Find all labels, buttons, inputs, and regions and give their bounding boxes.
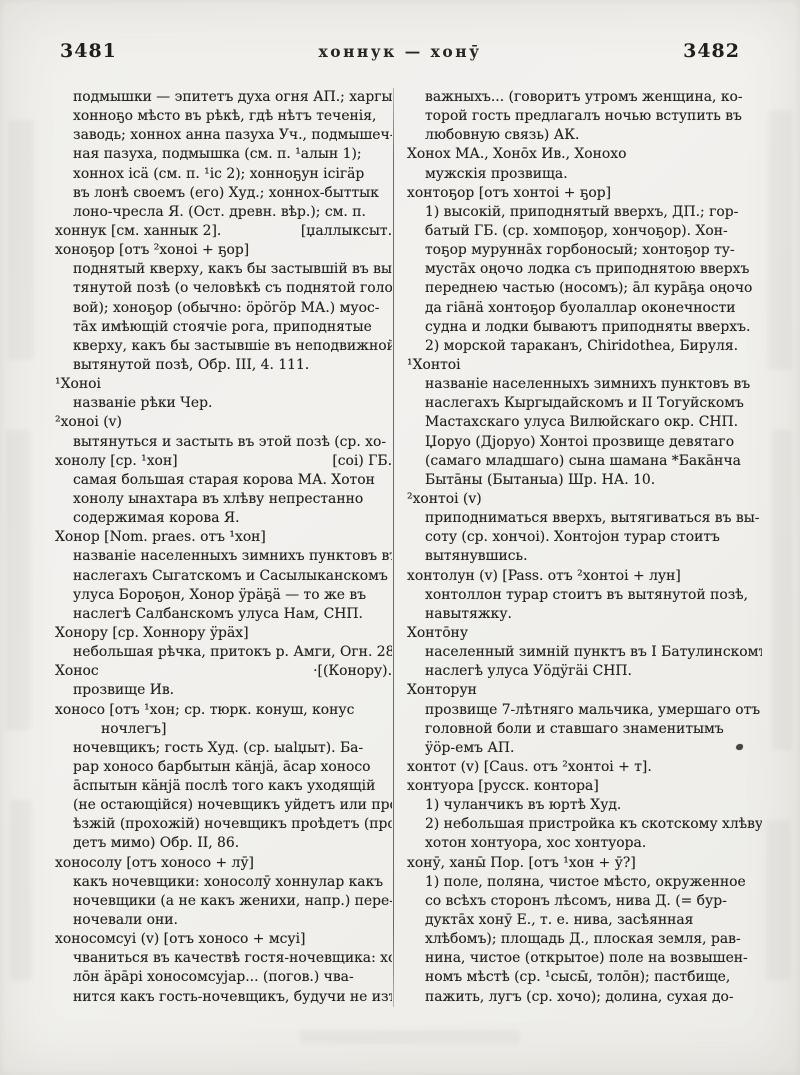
text-columns: подмышки — эпитетъ духа огня АП.; харгых… <box>55 88 762 1007</box>
text-line: батый ГБ. (ср. хомпоҕор, хончоҕор). Хон- <box>407 222 762 241</box>
text-line: названiе населенныхъ зимнихъ пунктовъ въ <box>407 375 762 394</box>
text-line: нится какъ гость-ночевщикъ, будучи не из… <box>55 988 392 1007</box>
text-line: Хонор [Nom. praes. отъ ¹хон] <box>55 528 392 547</box>
text-line: мустāх оңочо лодка съ приподнятою вверхъ <box>407 260 762 279</box>
text-line: мужскiя прозвища. <box>407 165 762 184</box>
text-line: Хонох МА., Хонōх Ив., Хонохо <box>407 145 762 164</box>
text-line: названiе населенныхъ зимнихъ пунктовъ въ <box>55 547 392 566</box>
text-line: наслегѣ Салбанскомъ улуса Нам, СНП. <box>55 605 392 624</box>
text-line: вой); хоноҕор (обычно: öрöгöр МА.) муос- <box>55 299 392 318</box>
text-line: хонтот (v) [Caus. отъ ²хонтоi + т]. <box>407 758 762 777</box>
text-line: хоноҕор [отъ ²хоноi + ҕор] <box>55 241 392 260</box>
text-line: прозвище 7-лѣтняго мальчика, умершаго от… <box>407 701 762 720</box>
text-line: ӱöр-емъ АП. <box>407 739 762 758</box>
text-line: со всѣхъ сторонъ лѣсомъ, нива Д. (= бур- <box>407 892 762 911</box>
text-line: хонӯ, ханы̄ Пор. [отъ ¹хон + ӯ?] <box>407 854 762 873</box>
text-line: соту (ср. хончоi). Хонтоjон турар стоитъ <box>407 528 762 547</box>
text-line: 1) чуланчикъ въ юртѣ Худ. <box>407 796 762 815</box>
headword-fragment: хоннук [см. ханнык 2]. <box>55 222 221 241</box>
text-line: хоннук [см. ханнык 2].[џаллыксыт. <box>55 222 392 241</box>
text-line: ная пазуха, подмышка (см. п. ¹алын 1); <box>55 145 392 164</box>
text-line: нина, чистое (открытое) поле на возвышен… <box>407 949 762 968</box>
headword-fragment: Хонос <box>55 662 99 681</box>
column-right: важныхъ... (говоритъ утромъ женщина, ко-… <box>394 88 762 1007</box>
text-line: тāх имѣющiй стоячiе рога, приподнятые <box>55 318 392 337</box>
scan-artifact <box>772 430 792 750</box>
text-line: ¹Хоноi <box>55 375 392 394</box>
text-line: хонтуора [русск. контора] <box>407 777 762 796</box>
text-line: навытяжку. <box>407 605 762 624</box>
text-line: тоҕор муруннāх горбоносый; хонтоҕор ту- <box>407 241 762 260</box>
text-line: да гiāнä хонтоҕор буолаллар оконечности <box>407 299 762 318</box>
text-line: небольшая рѣчка, притокъ р. Амги, Огн. 2… <box>55 643 392 662</box>
text-line: хотон хонтуора, хос хонтуора. <box>407 834 762 853</box>
text-line: содержимая корова Я. <box>55 509 392 528</box>
text-line: какъ ночевщики: хоносолӯ хоннулар какъ <box>55 873 392 892</box>
text-line: ¹Хонтоi <box>407 356 762 375</box>
scan-artifact <box>300 1030 520 1044</box>
text-line: ²хоноi (v) <box>55 413 392 432</box>
text-line: хонолу [ср. ¹хон][сoi) ГБ. <box>55 452 392 471</box>
text-line: прозвище Ив. <box>55 681 392 700</box>
scan-artifact <box>768 110 792 370</box>
text-line: приподниматься вверхъ, вытягиваться въ в… <box>407 509 762 528</box>
text-line: 2) морской тараканъ, Chiridothea, Бируля… <box>407 337 762 356</box>
text-line: головной боли и ставшаго знаменитымъ <box>407 720 762 739</box>
text-line: номъ мѣстѣ (ср. ¹сысы̄, толōн); пастбище… <box>407 968 762 987</box>
text-line: пажить, лугъ (ср. хочо); долина, сухая д… <box>407 988 762 1007</box>
text-line: самая большая старая корова МА. Хотон <box>55 471 392 490</box>
text-line: (самаго младшаго) сына шамана *Бакāнча <box>407 452 762 471</box>
text-line: подмышки — эпитетъ духа огня АП.; харгы <box>55 88 392 107</box>
text-line: дуктāх хонӯ Е., т. е. нива, засѣянная <box>407 911 762 930</box>
text-line: поднятый кверху, какъ бы застывшiй въ вы… <box>55 260 392 279</box>
text-line: населенный зимнiй пунктъ въ I Батулинско… <box>407 643 762 662</box>
text-line: наслегахъ Сыгатскомъ и Сасылыканскомъ <box>55 567 392 586</box>
dictionary-page: 3481 хоннук — хонӯ 3482 подмышки — эпите… <box>0 0 800 1075</box>
text-line: ѣзжiй (прохожiй) ночевщикъ проѣдетъ (про… <box>55 815 392 834</box>
text-line: лоно-чресла Я. (Ост. древн. вѣр.); см. п… <box>55 203 392 222</box>
text-line: Бытāны (Бытаныа) Шр. НА. 10. <box>407 471 762 490</box>
text-line: хоносолу [отъ хоносо + лӯ] <box>55 854 392 873</box>
text-line: торой гость предлагалъ ночью вступить въ <box>407 107 762 126</box>
running-title: хоннук — хонӯ <box>117 42 683 61</box>
scan-artifact <box>766 820 790 980</box>
text-line: лōн äрāрi хоносомсуjар... (погов.) чва- <box>55 968 392 987</box>
text-line: чваниться въ качествѣ гостя-ночевщика: х… <box>55 949 392 968</box>
text-line: заводь; хоннох анна пазуха Уч., подмышеч… <box>55 126 392 145</box>
text-line: въ лонѣ своемъ (его) Худ.; хоннох-быттык <box>55 184 392 203</box>
text-line: хоносомсуi (v) [отъ хоносо + мсуi] <box>55 930 392 949</box>
text-line: Хонторун <box>407 681 762 700</box>
text-line: 2) небольшая пристройка къ скотскому хлѣ… <box>407 815 762 834</box>
text-line: названiе рѣки Чер. <box>55 394 392 413</box>
text-line: āспытын кäнjä послѣ того какъ уходящiй <box>55 777 392 796</box>
text-line: улуса Бороҕон, Хонор ӱрäҕä — то же въ <box>55 586 392 605</box>
page-number-right: 3482 <box>683 40 740 62</box>
runover-fragment: [сoi) ГБ. <box>332 452 392 471</box>
text-line: ночевали они. <box>55 911 392 930</box>
column-left: подмышки — эпитетъ духа огня АП.; харгых… <box>55 88 392 1007</box>
text-line: важныхъ... (говоритъ утромъ женщина, ко- <box>407 88 762 107</box>
text-line: рар хоносо барбытын кäнjä, āсар хоносо <box>55 758 392 777</box>
text-line: Џоруо (Дjоруо) Хонтоi прозвище девятаго <box>407 433 762 452</box>
text-line: вытянуться и застыть въ этой позѣ (ср. х… <box>55 433 392 452</box>
text-line: хоносо [отъ ¹хон; ср. тюрк. конуш, конус <box>55 701 392 720</box>
text-line: ²хонтоi (v) <box>407 490 762 509</box>
text-line: хонноҕо мѣсто въ рѣкѣ, гдѣ нѣтъ теченiя, <box>55 107 392 126</box>
text-line: наслегахъ Кыргыдайскомъ и II Тогуйскомъ <box>407 394 762 413</box>
text-line: наслегѣ улуса Уöдӱгäi СНП. <box>407 662 762 681</box>
text-line: хлѣбомъ); площадь Д., плоская земля, рав… <box>407 930 762 949</box>
text-line: судна и лодки бываютъ приподняты вверхъ. <box>407 318 762 337</box>
text-line: хоннох iсä (см. п. ¹iс 2); хонноҕун iсiг… <box>55 165 392 184</box>
text-line: вытянувшись. <box>407 547 762 566</box>
text-line: Мастахскаго улуса Вилюйскаго окр. СНП. <box>407 413 762 432</box>
scan-artifact <box>8 120 34 360</box>
headword-fragment: хонолу [ср. ¹хон] <box>55 452 178 471</box>
text-line: хонтоллон турар стоитъ въ вытянутой позѣ… <box>407 586 762 605</box>
text-line: Хонору [ср. Хоннору ӱрäх] <box>55 624 392 643</box>
text-line: любовную связь) АК. <box>407 126 762 145</box>
text-line: ночевщикъ; гость Худ. (ср. ыаlџыт). Ба- <box>55 739 392 758</box>
scan-artifact <box>6 430 30 730</box>
text-line: Хонос·[(Конору). <box>55 662 392 681</box>
page-number-left: 3481 <box>60 40 117 62</box>
text-line: детъ мимо) Обр. II, 86. <box>55 834 392 853</box>
text-line: хонолу ынахтара въ хлѣву непрестанно <box>55 490 392 509</box>
runover-fragment: ·[(Конору). <box>313 662 392 681</box>
scan-artifact <box>10 800 32 980</box>
text-line: кверху, какъ бы застывшiе въ неподвижной <box>55 337 392 356</box>
text-line: ночлегъ] <box>55 720 392 739</box>
text-line: (не остающiйся) ночевщикъ уйдетъ или про… <box>55 796 392 815</box>
text-line: 1) поле, поляна, чистое мѣсто, окруженно… <box>407 873 762 892</box>
runover-fragment: [џаллыксыт. <box>301 222 392 241</box>
text-line: переднею частью (носомъ); āл курāҕа оңоч… <box>407 279 762 298</box>
text-line: ночевщики (а не какъ женихи, напр.) пере… <box>55 892 392 911</box>
text-line: тянутой позѣ (о человѣкѣ съ поднятой гол… <box>55 279 392 298</box>
page-header: 3481 хоннук — хонӯ 3482 <box>60 40 740 62</box>
text-line: вытянутой позѣ, Обр. III, 4. 111. <box>55 356 392 375</box>
text-line: хонтоҕор [отъ хонтоi + ҕор] <box>407 184 762 203</box>
text-line: хонтолун (v) [Pass. отъ ²хонтоi + лун] <box>407 567 762 586</box>
text-line: Хонтōну <box>407 624 762 643</box>
text-line: 1) высокiй, приподнятый вверхъ, ДП.; гор… <box>407 203 762 222</box>
